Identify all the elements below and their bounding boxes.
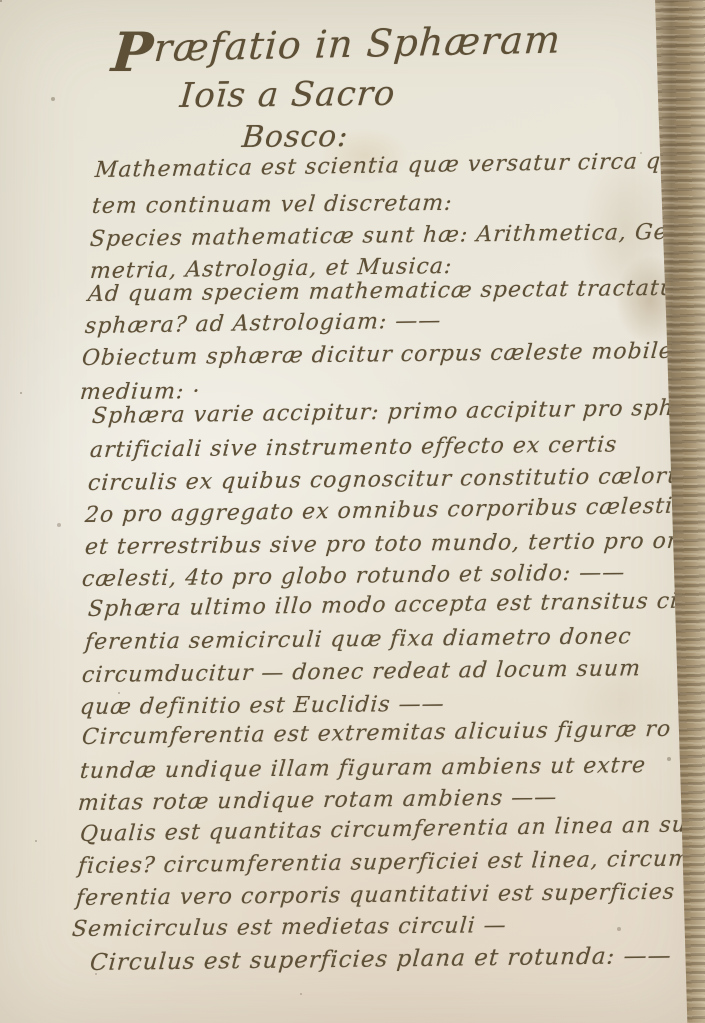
manuscript-line: Semicirculus est medietas circuli — [71,913,508,942]
manuscript-line: Circumferentia est extremitas alicuius f… [81,716,699,750]
manuscript-line: Circulus est superficies plana et rotund… [89,943,673,976]
manuscript-line: Obiectum sphæræ dicitur corpus cæleste m… [81,338,705,371]
manuscript-line: cælesti, 4to pro globo rotundo et solido… [81,560,626,592]
manuscript-line: Mathematica est scientia quæ versatur ci… [94,147,705,183]
manuscript-line: medium: · [79,379,201,405]
manuscript-line: Qualis est quantitas circumferentia an l… [79,811,705,847]
manuscript-line: et terrestribus sive pro toto mundo, ter… [84,528,705,560]
manuscript-line: sphæra? ad Astrologiam: —— [84,308,442,339]
manuscript-line: mitas rotæ undique rotam ambiens —— [77,785,558,816]
manuscript-line: ferentia vero corporis quantitativi est … [75,879,705,911]
manuscript-line: artificiali sive instrumento effecto ex … [89,432,618,463]
manuscript-line: Ad quam speciem mathematicæ spectat trac… [87,275,705,307]
manuscript-line: circulis ex quibus cognoscitur constitut… [87,463,705,496]
manuscript-line: Ioīs a Sacro [178,74,397,116]
manuscript-line: ferentia semicirculi quæ fixa diametro d… [84,624,633,655]
text-layer: Præfatio in SphæramIoīs a SacroBosco:Mat… [0,0,705,1023]
manuscript-line: ficies? circumferentia superficiei est l… [77,846,705,879]
manuscript-page: Præfatio in SphæramIoīs a SacroBosco:Mat… [0,0,705,1023]
manuscript-line: quæ definitio est Euclidis —— [79,692,446,720]
manuscript-line: P [109,20,156,84]
manuscript-line: Sphæra ultimo illo modo accepta est tran… [87,588,705,622]
manuscript-line: ræfatio in Sphæram [153,17,563,70]
manuscript-line: Species mathematicæ sunt hæ: Arithmetica… [89,220,683,252]
manuscript-line: 2o pro aggregato ex omnibus corporibus c… [84,493,705,528]
manuscript-line: circumducitur — donec redeat ad locum su… [81,656,642,688]
manuscript-line: tem continuam vel discretam: [91,191,454,219]
manuscript-line: tundæ undique illam figuram ambiens ut e… [79,753,647,784]
manuscript-line: Bosco: [241,119,350,155]
